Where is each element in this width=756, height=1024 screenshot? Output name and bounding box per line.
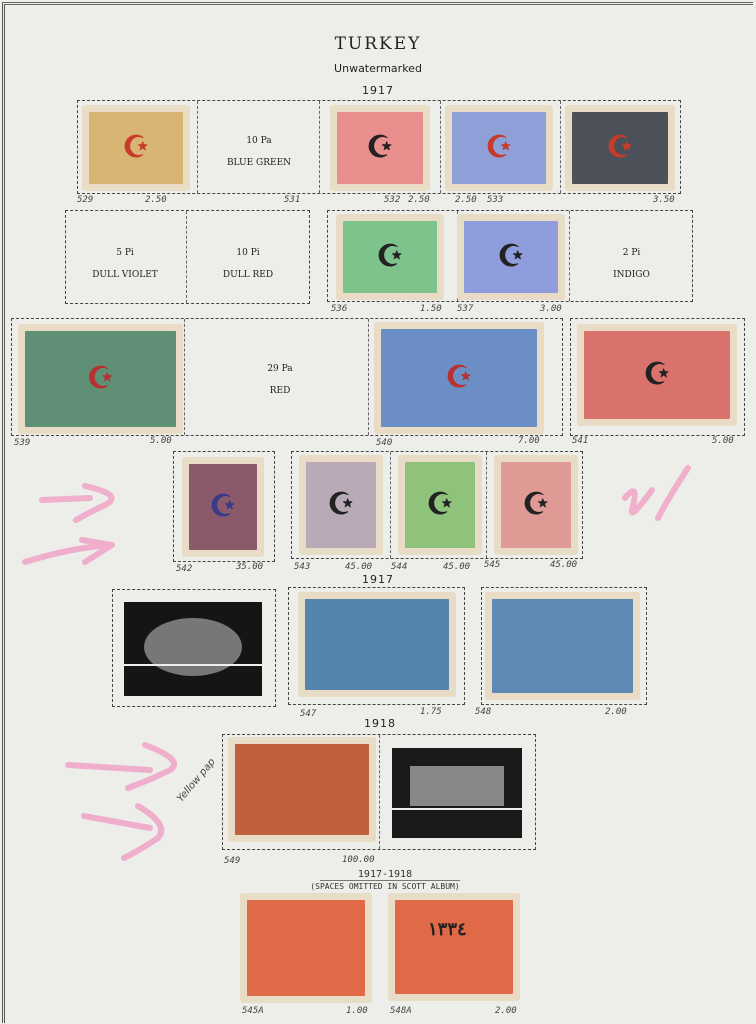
marker-arrows: [0, 0, 756, 1024]
album-page: TURKEY Unwatermarked 1917 ☪ 10 Pa BLUE G…: [0, 0, 756, 1024]
